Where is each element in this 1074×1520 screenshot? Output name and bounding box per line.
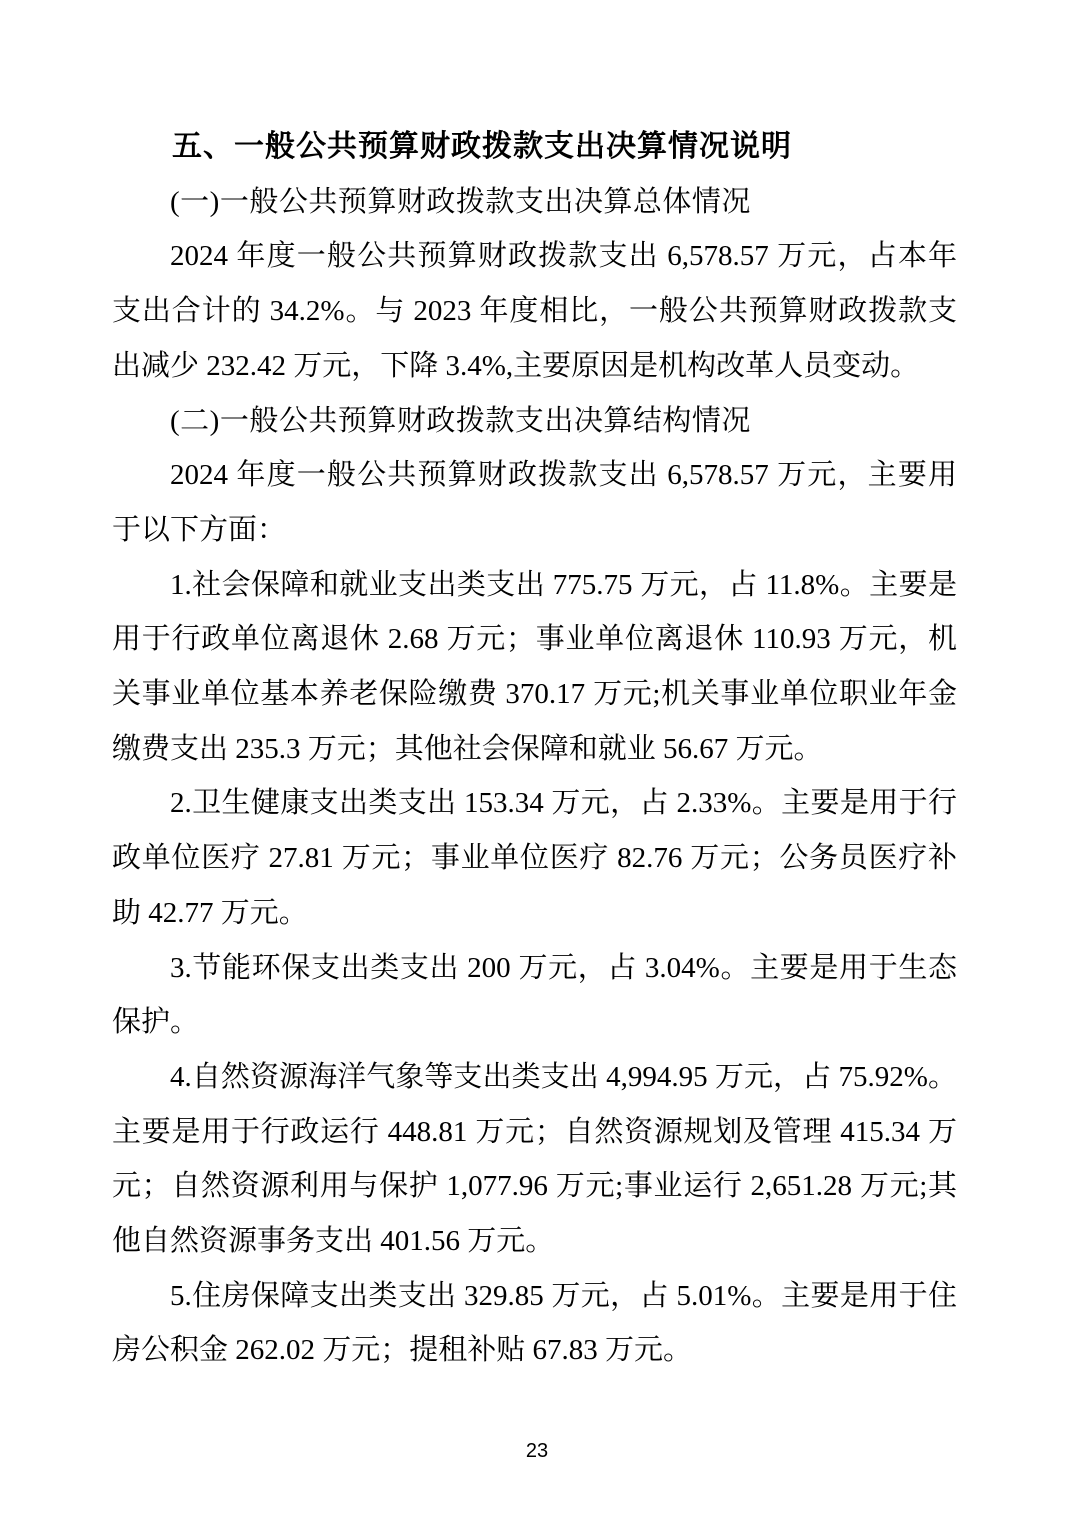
- paragraph-item-5-housing: 5.住房保障支出类支出 329.85 万元，占 5.01%。主要是用于住房公积金…: [112, 1269, 957, 1378]
- document-body: 五、一般公共预算财政拨款支出决算情况说明 (一)一般公共预算财政拨款支出决算总体…: [112, 120, 957, 1378]
- subsection-heading-overall: (一)一般公共预算财政拨款支出决算总体情况: [112, 175, 957, 230]
- paragraph-item-2-health: 2.卫生健康支出类支出 153.34 万元，占 2.33%。主要是用于行政单位医…: [112, 776, 957, 940]
- paragraph-overall-situation: 2024 年度一般公共预算财政拨款支出 6,578.57 万元，占本年支出合计的…: [112, 229, 957, 393]
- paragraph-item-4-natural-resources: 4.自然资源海洋气象等支出类支出 4,994.95 万元，占 75.92%。主要…: [112, 1050, 957, 1269]
- paragraph-item-3-energy-conservation: 3.节能环保支出类支出 200 万元，占 3.04%。主要是用于生态保护。: [112, 941, 957, 1050]
- document-page: 五、一般公共预算财政拨款支出决算情况说明 (一)一般公共预算财政拨款支出决算总体…: [0, 0, 1074, 1520]
- subsection-heading-structure: (二)一般公共预算财政拨款支出决算结构情况: [112, 394, 957, 449]
- section-title: 五、一般公共预算财政拨款支出决算情况说明: [112, 120, 957, 175]
- paragraph-structure-intro: 2024 年度一般公共预算财政拨款支出 6,578.57 万元，主要用于以下方面…: [112, 448, 957, 557]
- paragraph-item-1-social-security: 1.社会保障和就业支出类支出 775.75 万元，占 11.8%。主要是用于行政…: [112, 558, 957, 777]
- page-number: 23: [0, 1440, 1074, 1463]
